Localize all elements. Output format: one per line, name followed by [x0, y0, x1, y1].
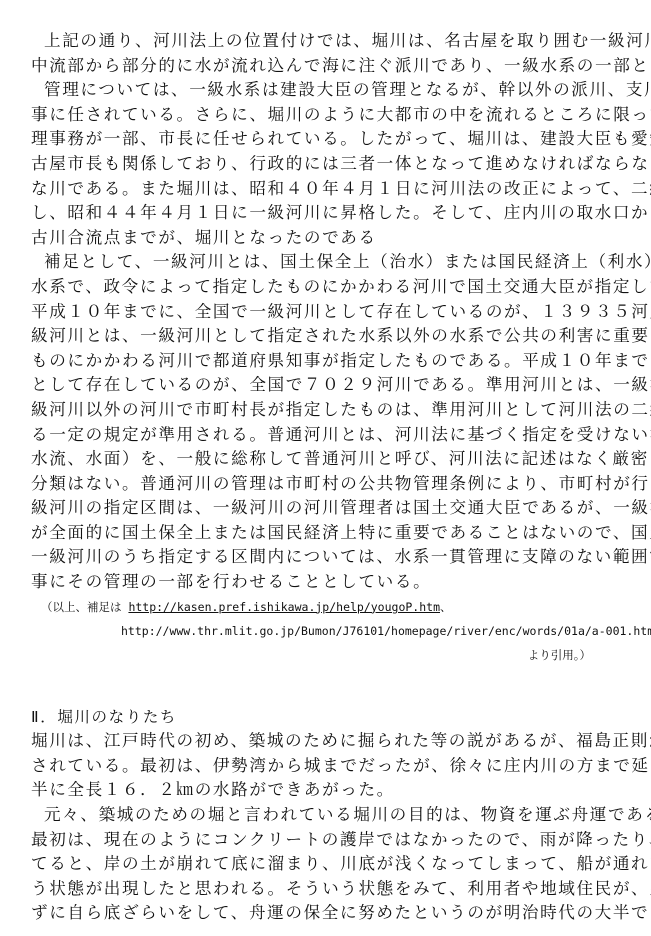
text-line: 一級河川のうち指定する区間内については、水系一貫管理に支障のない範囲で都道府県知 — [31, 545, 611, 570]
citation-line-3: より引用。） — [31, 643, 611, 667]
citation: （以上、補足は http://kasen.pref.ishikawa.jp/he… — [31, 595, 611, 667]
paragraph-management: 管理については、一級水系は建設大臣の管理となるが、幹以外の派川、支川は愛知県知 … — [31, 78, 611, 250]
text-line: る一定の規定が準用される。普通河川とは、河川法に基づく指定を受けない河川（公共の — [31, 423, 611, 448]
citation-separator: 、 — [440, 600, 452, 614]
citation-line-1: （以上、補足は http://kasen.pref.ishikawa.jp/he… — [31, 595, 611, 619]
text-line: 平成１０年までに、全国で一級河川として存在しているのが、１３９３５河川である。二 — [31, 300, 611, 325]
citation-prefix: （以上、補足は — [41, 600, 122, 614]
paragraph-legal-position: 上記の通り、河川法上の位置付けでは、堀川は、名古屋を取り囲む一級河川の庄内川の … — [31, 29, 611, 78]
text-line: ずに自ら底ざらいをして、舟運の保全に努めたというのが明治時代の大半である。 — [31, 901, 611, 926]
document-page: 上記の通り、河川法上の位置付けでは、堀川は、名古屋を取り囲む一級河川の庄内川の … — [31, 29, 611, 926]
paragraph-supplement: 補足として、一級河川とは、国土保全上（治水）または国民経済上（利水）特に重要な … — [31, 250, 611, 594]
text-line: 水系で、政令によって指定したものにかかわる河川で国土交通大臣が指定したものである… — [31, 275, 611, 300]
paragraph-origins: 堀川は、江戸時代の初め、築城のために掘られた等の説があるが、福島正則が解消したと… — [31, 729, 611, 803]
text-line: 古川合流点までが、堀川となったのである — [31, 226, 611, 251]
section-heading: Ⅱ．堀川のなりたち — [31, 705, 611, 730]
text-line: 半に全長１６．２㎞の水路ができあがった。 — [31, 778, 611, 803]
text-line: 古屋市長も関係しており、行政的には三者一体となって進めなければならないという特異 — [31, 152, 611, 177]
text-line: てると、岸の土が崩れて底に溜まり、川底が浅くなってしまって、船が通れなくなるとい — [31, 852, 611, 877]
text-line: 事にその管理の一部を行わせることとしている。 — [31, 570, 611, 595]
citation-link-kasen[interactable]: http://kasen.pref.ishikawa.jp/help/yougo… — [128, 600, 440, 614]
citation-link-mlit[interactable]: http://www.thr.mlit.go.jp/Bumon/J76101/h… — [121, 624, 651, 638]
section-gap — [31, 667, 611, 705]
text-line: う状態が出現したと思われる。そういう状態をみて、利用者や地域住民が、県や国に頼ら — [31, 877, 611, 902]
text-line: 管理については、一級水系は建設大臣の管理となるが、幹以外の派川、支川は愛知県知 — [31, 78, 611, 103]
text-line: な川である。また堀川は、昭和４０年４月１日に河川法の改正によって、二級河川に昇格 — [31, 177, 611, 202]
text-line: 元々、築城のための堀と言われている堀川の目的は、物資を運ぶ舟運である。しかし、 — [31, 803, 611, 828]
text-line: 最初は、現在のようにコンクリートの護岸ではなかったので、雨が降ったり、船が波を立 — [31, 828, 611, 853]
text-line: 理事務が一部、市長に任せられている。したがって、堀川は、建設大臣も愛知県知事も名 — [31, 127, 611, 152]
text-line: 事に任されている。さらに、堀川のように大都市の中を流れるところに限っては、県の管 — [31, 103, 611, 128]
citation-suffix: より引用。） — [528, 648, 591, 662]
text-line: ものにかかわる河川で都道府県知事が指定したものである。平成１０年までに、二級河川 — [31, 349, 611, 374]
text-line: 水流、水面）を、一般に総称して普通河川と呼び、河川法に記述はなく厳密に河川法上の — [31, 447, 611, 472]
text-line: 級河川とは、一級河川として指定された水系以外の水系で公共の利害に重要な関係がある — [31, 324, 611, 349]
text-line: 分類はない。普通河川の管理は市町村の公共物管理条例により、市町村が行っている。一 — [31, 472, 611, 497]
text-line: 上記の通り、河川法上の位置付けでは、堀川は、名古屋を取り囲む一級河川の庄内川の — [31, 29, 611, 54]
citation-line-2: http://www.thr.mlit.go.jp/Bumon/J76101/h… — [31, 619, 611, 643]
text-line: 中流部から部分的に水が流れ込んで海に注ぐ派川であり、一級水系の一部とされている。 — [31, 54, 611, 79]
text-line: 堀川は、江戸時代の初め、築城のために掘られた等の説があるが、福島正則が解消したと — [31, 729, 611, 754]
text-line: 補足として、一級河川とは、国土保全上（治水）または国民経済上（利水）特に重要な — [31, 250, 611, 275]
text-line: されている。最初は、伊勢湾から城までだったが、徐々に庄内川の方まで延び、明治の前 — [31, 754, 611, 779]
section-origins: Ⅱ．堀川のなりたち 堀川は、江戸時代の初め、築城のために掘られた等の説があるが、… — [31, 705, 611, 926]
paragraph-shipping: 元々、築城のための堀と言われている堀川の目的は、物資を運ぶ舟運である。しかし、 … — [31, 803, 611, 926]
text-line: として存在しているのが、全国で７０２９河川である。準用河川とは、一級河川および二 — [31, 373, 611, 398]
text-line: 級河川の指定区間は、一級河川の河川管理者は国土交通大臣であるが、一級河川の全区間 — [31, 496, 611, 521]
text-line: 級河川以外の河川で市町村長が指定したものは、準用河川として河川法の二級河川に関す — [31, 398, 611, 423]
text-line: し、昭和４４年４月１日に一級河川に昇格した。そして、庄内川の取水口から守山区内の — [31, 201, 611, 226]
text-line: が全面的に国土保全上または国民経済上特に重要であることはないので、国土交通大臣は… — [31, 521, 611, 546]
